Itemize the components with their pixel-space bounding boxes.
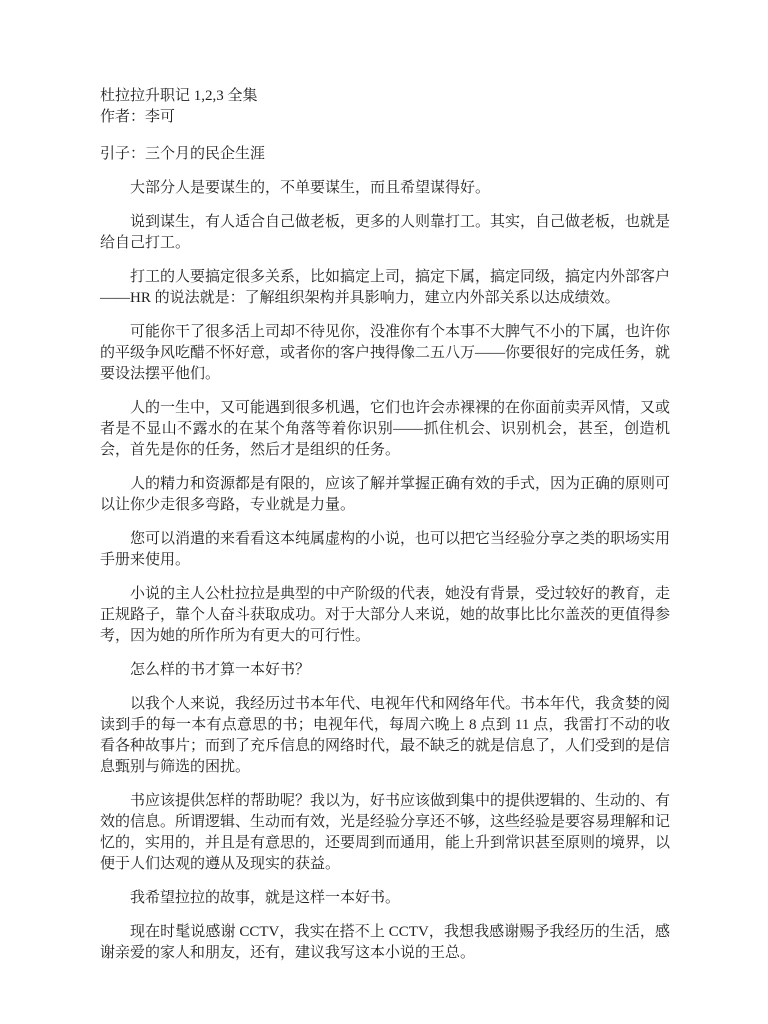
paragraph: 大部分人是要谋生的，不单要谋生，而且希望谋得好。 (100, 178, 670, 199)
document-author-line: 作者：李可 (100, 107, 670, 128)
paragraph: 您可以消遣的来看看这本纯属虚构的小说，也可以把它当经验分享之类的职场实用手册来使… (100, 529, 670, 571)
paragraph: 打工的人要搞定很多关系，比如搞定上司，搞定下属，搞定同级，搞定内外部客户——HR… (100, 267, 670, 309)
paragraph: 人的精力和资源都是有限的，应该了解并掌握正确有效的手式，因为正确的原则可以让你少… (100, 474, 670, 516)
paragraph: 以我个人来说，我经历过书本年代、电视年代和网络年代。书本年代，我贪婪的阅读到手的… (100, 694, 670, 778)
paragraph: 我希望拉拉的故事，就是这样一本好书。 (100, 888, 670, 909)
document-header: 杜拉拉升职记 1,2,3 全集 作者：李可 (100, 86, 670, 128)
paragraph: 小说的主人公杜拉拉是典型的中产阶级的代表，她没有背景，受过较好的教育，走正规路子… (100, 584, 670, 647)
paragraph: 可能你干了很多活上司却不待见你，没准你有个本事不大脾气不小的下属，也许你的平级争… (100, 322, 670, 385)
section-heading: 引子：三个月的民企生涯 (100, 144, 670, 165)
paragraph: 现在时髦说感谢 CCTV，我实在搭不上 CCTV，我想我感谢赐予我经历的生活，感… (100, 922, 670, 964)
paragraph: 说到谋生，有人适合自己做老板，更多的人则靠打工。其实，自己做老板，也就是给自己打… (100, 212, 670, 254)
document-title: 杜拉拉升职记 1,2,3 全集 (100, 86, 670, 107)
document-content: 杜拉拉升职记 1,2,3 全集 作者：李可 引子：三个月的民企生涯 大部分人是要… (100, 86, 670, 964)
document-page: 杜拉拉升职记 1,2,3 全集 作者：李可 引子：三个月的民企生涯 大部分人是要… (0, 0, 768, 1024)
paragraph-list: 大部分人是要谋生的，不单要谋生，而且希望谋得好。说到谋生，有人适合自己做老板，更… (100, 178, 670, 964)
paragraph: 人的一生中，又可能遇到很多机遇，它们也许会赤裸裸的在你面前卖弄风情，又或者是不显… (100, 398, 670, 461)
paragraph: 怎么样的书才算一本好书？ (100, 660, 670, 681)
paragraph: 书应该提供怎样的帮助呢？我以为，好书应该做到集中的提供逻辑的、生动的、有效的信息… (100, 791, 670, 875)
